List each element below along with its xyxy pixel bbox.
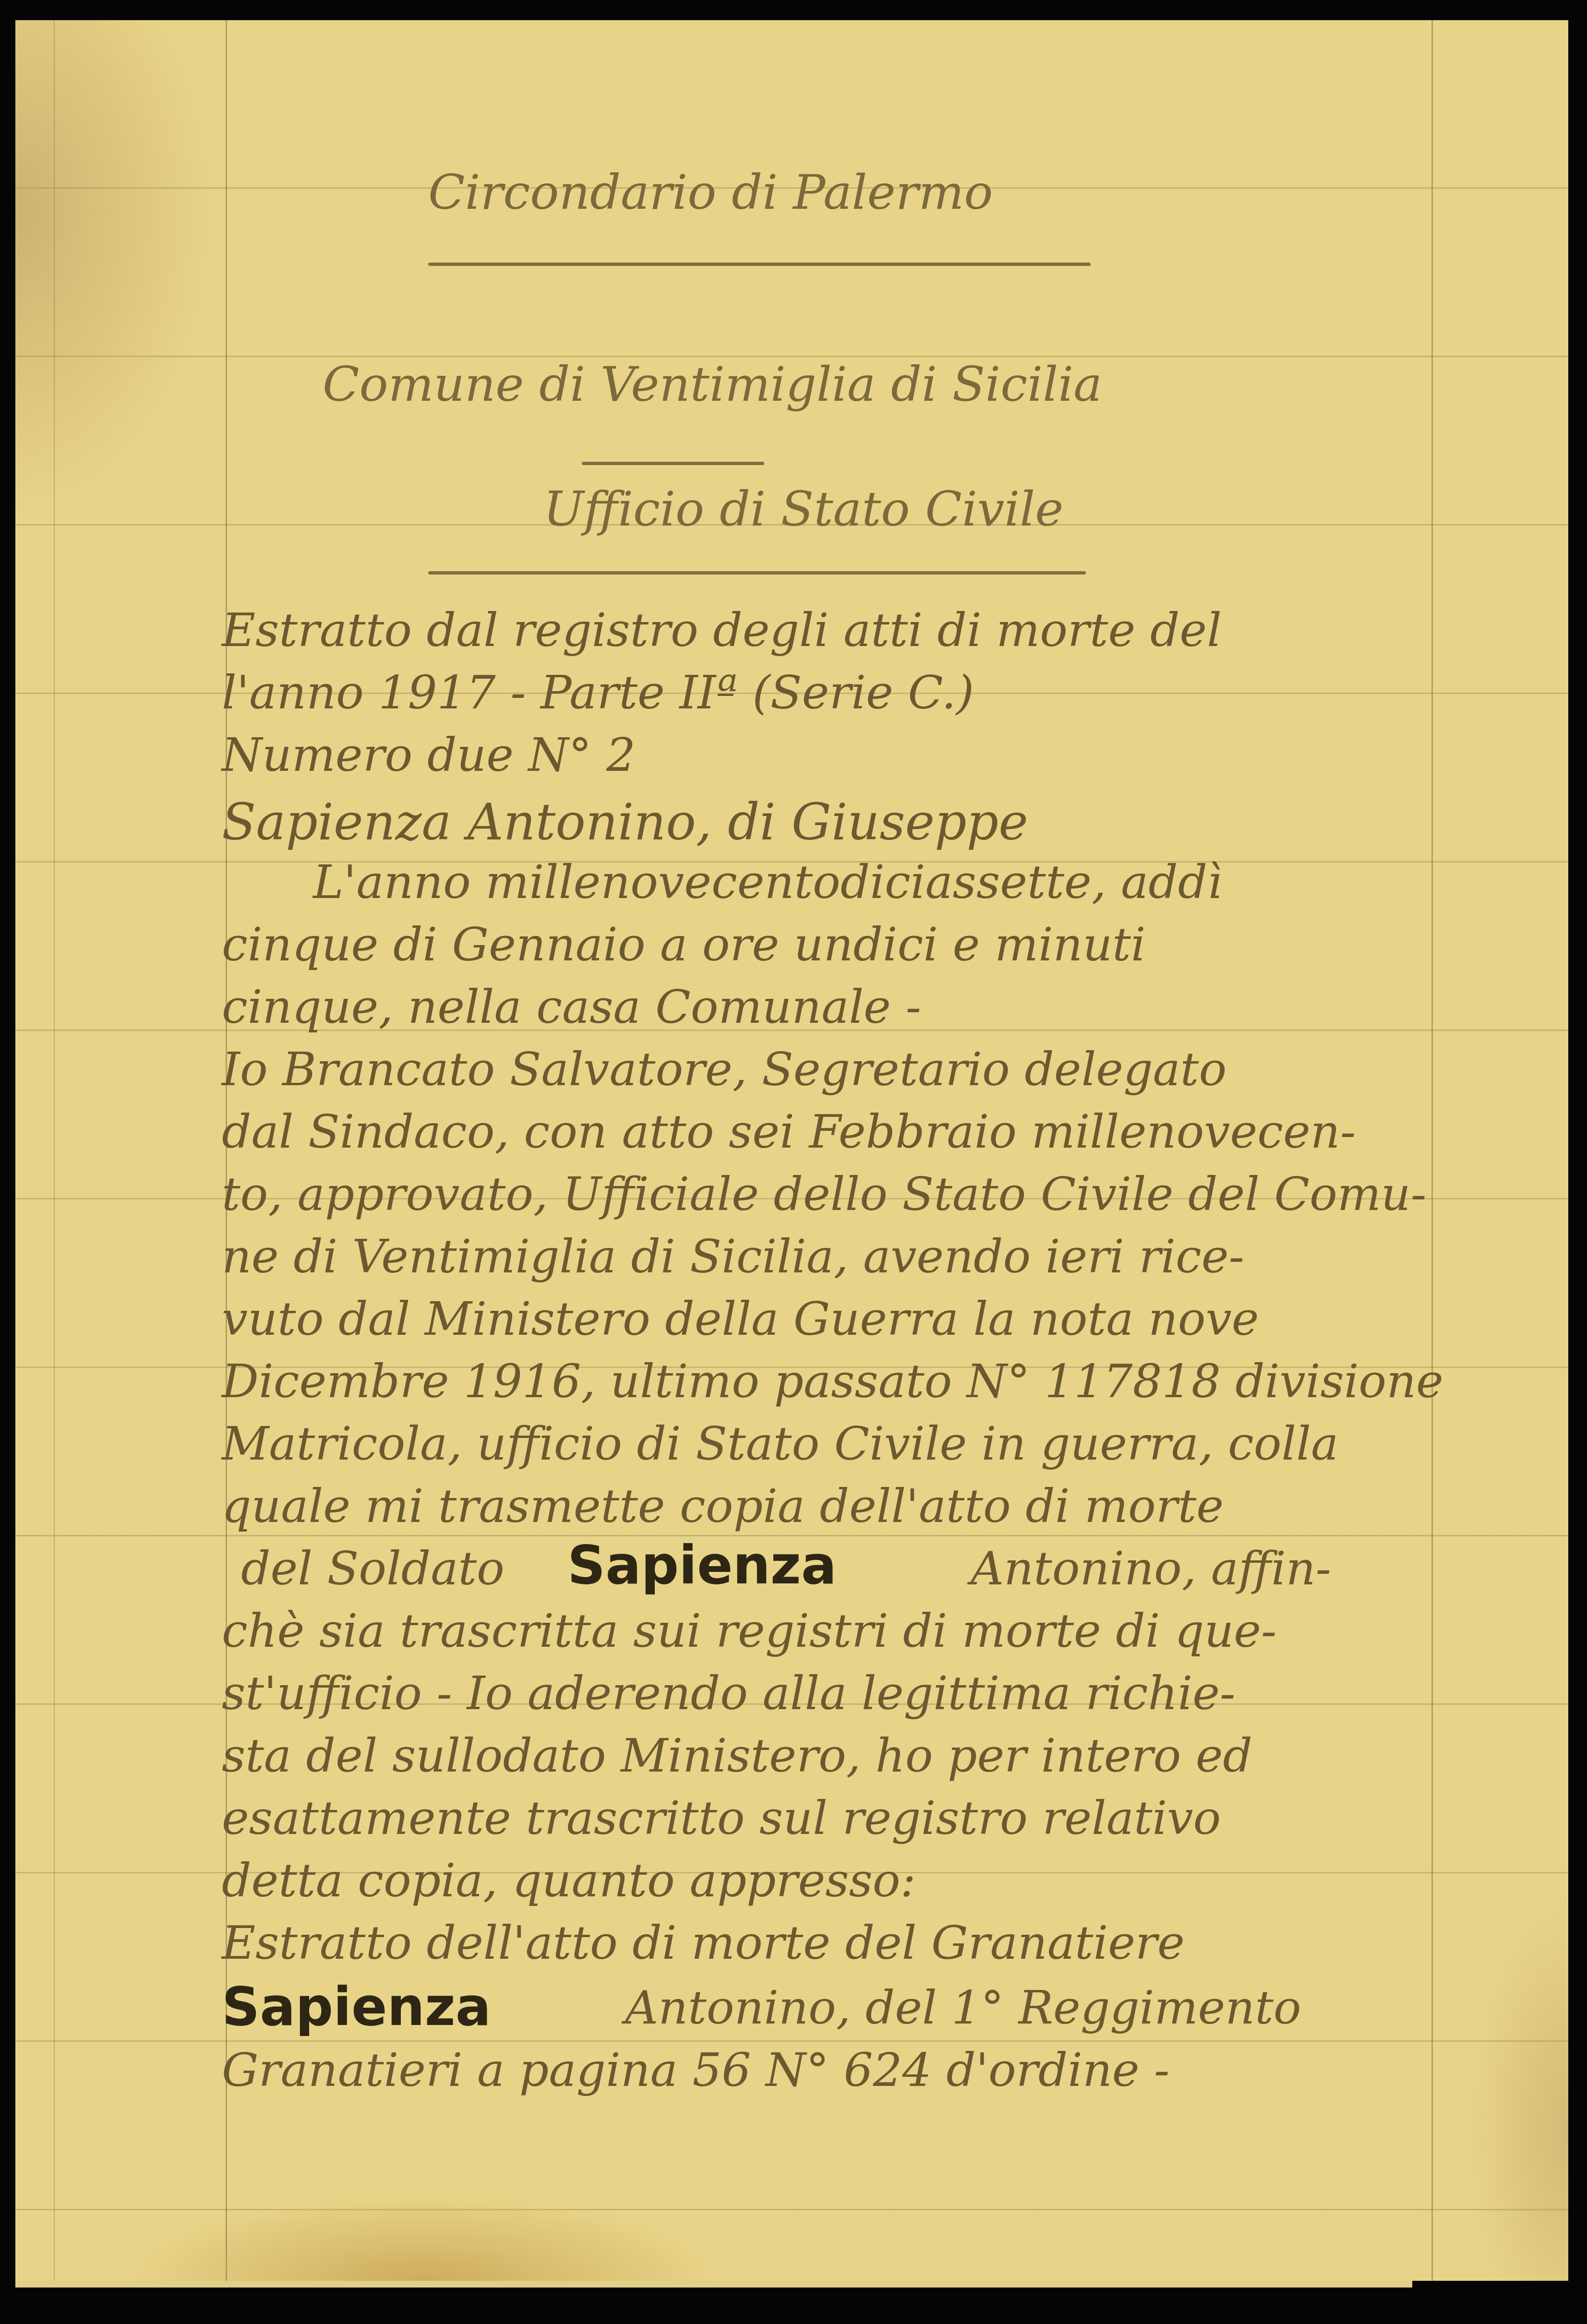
body-line-6: cinque di Gennaio a ore undici e minuti (222, 918, 1146, 971)
surname-stamp-2: Sapienza (222, 1976, 491, 2037)
handwritten-content: Circondario di Palermo Comune di Ventimi… (15, 20, 1568, 2281)
underlying-sheet-edge (15, 2281, 1412, 2288)
body-line-22: detta copia, quanto appresso: (222, 1854, 916, 1907)
body-line-19: st'ufficio - Io aderendo alla legittima … (222, 1666, 1235, 1720)
body-line-18: chè sia trascritta sui registri di morte… (222, 1604, 1277, 1658)
header-circondario: Circondario di Palermo (428, 164, 993, 220)
header-rule-short (582, 462, 764, 465)
body-line-24: Antonino, del 1° Reggimento (625, 1981, 1301, 2035)
body-line-23: Estratto dell'atto di morte del Granatie… (222, 1916, 1185, 1970)
body-line-17: Antonino, affin- (971, 1542, 1331, 1595)
body-line-13: Dicembre 1916, ultimo passato N° 117818 … (222, 1354, 1443, 1408)
body-line-20: sta del sullodato Ministero, ho per inte… (222, 1729, 1252, 1783)
body-line-8: Io Brancato Salvatore, Segretario delega… (222, 1042, 1226, 1096)
body-line-3: Numero due N° 2 (222, 728, 636, 782)
body-line-12: vuto dal Ministero della Guerra la nota … (222, 1292, 1259, 1346)
body-line-14: Matricola, ufficio di Stato Civile in gu… (222, 1417, 1338, 1471)
body-line-4: Sapienza Antonino, di Giuseppe (222, 793, 1028, 851)
surname-stamp: Sapienza (567, 1534, 837, 1596)
header-rule (428, 263, 1091, 266)
body-line-10: to, approvato, Ufficiale dello Stato Civ… (222, 1167, 1426, 1221)
body-line-9: dal Sindaco, con atto sei Febbraio mille… (222, 1105, 1356, 1159)
body-line-2: l'anno 1917 - Parte IIª (Serie C.) (222, 666, 974, 719)
body-line-21: esattamente trascritto sul registro rela… (222, 1791, 1221, 1845)
header-comune: Comune di Ventimiglia di Sicilia (323, 356, 1102, 412)
document-page: Circondario di Palermo Comune di Ventimi… (15, 20, 1568, 2281)
body-line-11: ne di Ventimiglia di Sicilia, avendo ier… (222, 1230, 1244, 1283)
body-line-15: quale mi trasmette copia dell'atto di mo… (222, 1479, 1224, 1533)
header-rule (428, 571, 1086, 575)
body-line-1: Estratto dal registro degli atti di mort… (222, 603, 1222, 657)
body-line-16: del Soldato (241, 1542, 505, 1595)
header-ufficio: Ufficio di Stato Civile (543, 481, 1064, 537)
body-line-25: Granatieri a pagina 56 N° 624 d'ordine - (222, 2043, 1169, 2097)
body-line-7: cinque, nella casa Comunale - (222, 980, 921, 1034)
body-line-5: L'anno millenovecentodiciassette, addì (313, 855, 1222, 909)
